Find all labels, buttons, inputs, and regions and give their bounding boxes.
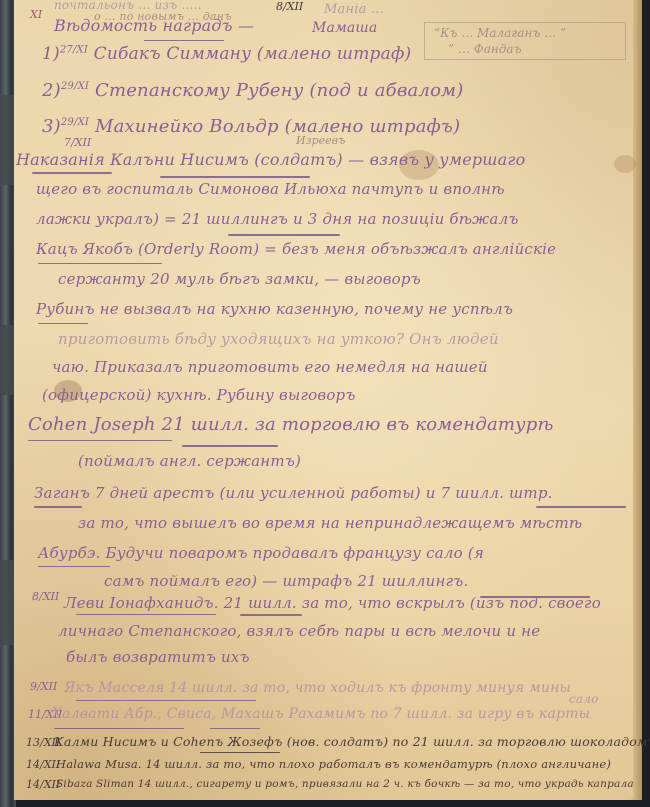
roman-marker: XI [30, 8, 42, 21]
entry-date: 7/XII [64, 136, 91, 149]
entry-line: чаю. Приказалъ приготовить его немедля н… [52, 358, 488, 376]
entry-underline [28, 440, 172, 441]
entry-underline [228, 234, 340, 236]
entry-line: Якъ Масселя 14 шилл. за то, что ходилъ к… [64, 680, 571, 696]
entry-underline [76, 614, 216, 615]
entry-date: 8/XII [32, 590, 59, 603]
entry-line: Halawa Musa. 14 шилл. за то, что плохо р… [56, 757, 611, 771]
entry-line: Халвати Абр., Свиса, Махашъ Рахамимъ по … [52, 706, 590, 722]
entry-underline [210, 728, 260, 729]
paper-stain [614, 155, 636, 173]
reward-item: 3)29/XI Махинейко Вольдр (малено штрафъ) [42, 116, 460, 137]
header-name-second: Мамаша [312, 20, 377, 36]
entry-line: Sibaza Sliman 14 шилл., сигарету и ромъ,… [56, 778, 634, 790]
title-line: Вѣдомость наградъ — [54, 16, 254, 35]
entry-line: Леви Іонафханидъ. 21 шилл. за то, что вс… [64, 594, 601, 612]
page-edge [633, 0, 642, 800]
header-name: Маніа … [324, 2, 384, 17]
scanned-notebook-page: почтальонъ … изъ ….. о … по новымъ … дан… [0, 0, 650, 807]
entry-underline [182, 445, 278, 447]
entry-line: самъ поймалъ его) — штрафъ 21 шиллингъ. [104, 572, 468, 590]
entry-superscript: Изреевъ [296, 134, 345, 147]
entry-line: личнаго Степанского, взялъ себѣ пары и в… [58, 622, 540, 640]
entry-underline [34, 506, 82, 508]
reward-date: 27/XI [60, 44, 88, 55]
entry-line: Кацъ Якобъ (Orderly Room) = безъ меня об… [36, 240, 556, 258]
entry-line: Калми Нисимъ и Cohenъ Жозефъ (нов. солда… [54, 734, 650, 749]
reward-date: 29/XI [61, 117, 89, 128]
entry-line: (поймалъ англ. сержантъ) [78, 452, 301, 470]
entry-underline [200, 752, 280, 753]
entry-underline [54, 728, 184, 729]
entry-underline [76, 700, 256, 701]
header-date: 8/XII [276, 0, 303, 13]
paper-page: почтальонъ … изъ ….. о … по новымъ … дан… [14, 0, 642, 800]
entry-underline [38, 263, 162, 264]
entry-line: сержанту 20 муль бѣгъ замки, — выговоръ [58, 270, 421, 288]
boxed-note-line: “Къ … Малаганъ … ” [434, 26, 566, 40]
reward-item: 1)27/XI Сибакъ Симману (малено штраф) [42, 44, 411, 64]
entry-underline [32, 172, 112, 174]
reward-item: 2)29/XI Степанскому Рубену (под и абвало… [42, 80, 463, 101]
entry-underline [38, 566, 110, 567]
entry-date: 9/XII [30, 680, 57, 693]
entry-underline [38, 323, 88, 324]
entry-line: (офицерской) кухнѣ. Рубину выговоръ [42, 386, 356, 404]
entry-line: Рубинъ не вызвалъ на кухню казенную, поч… [36, 300, 513, 318]
entry-line: Cohen Joseph 21 шилл. за торговлю въ ком… [28, 414, 554, 435]
entry-line: лажки укралъ) = 21 шиллингъ и 3 дня на п… [36, 210, 519, 228]
entry-line: за то, что вышелъ во время на непринадле… [78, 514, 582, 532]
entry-underline [160, 176, 310, 178]
entry-line: приготовить бѣду уходящихъ на уткою? Онъ… [58, 330, 499, 348]
entry-line: сало [569, 692, 599, 706]
entry-line: Наказанія Калъни Нисимъ (солдатъ) — взяв… [16, 150, 526, 169]
entry-line: Абурбэ. Будучи поваромъ продавалъ францу… [38, 544, 484, 562]
entry-line: былъ возвратитъ ихъ [66, 648, 250, 666]
entry-underline [536, 506, 626, 508]
entry-underline [240, 614, 302, 616]
boxed-note-line: ” … Фандаъ [448, 42, 522, 56]
reward-date: 29/XI [61, 81, 89, 92]
entry-line: Заганъ 7 дней арестъ (или усиленной рабо… [34, 484, 553, 502]
title-underline [144, 40, 224, 41]
entry-line: щего въ госпиталь Симонова Ильюха пачтуп… [36, 180, 505, 198]
